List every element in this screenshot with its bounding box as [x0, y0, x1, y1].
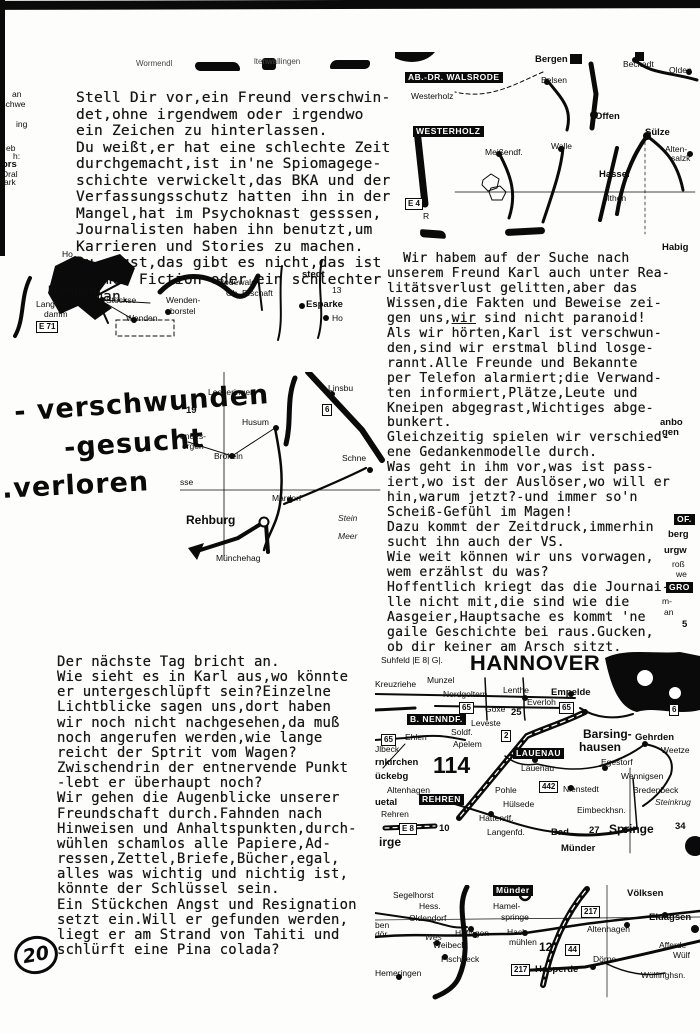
map-label: Afferde — [659, 941, 686, 950]
map-label: 34 — [675, 822, 686, 832]
map-label: roß — [672, 560, 685, 569]
map-label: Belsen — [541, 76, 567, 85]
map-label: Segelhorst — [393, 891, 434, 900]
text-line: gen uns,wir sind nicht paranoid! — [387, 312, 670, 327]
text-line: ein Zeichen zu hinterlassen. — [76, 123, 391, 140]
map-label: 27 — [589, 826, 600, 836]
map-label: Langenfd. — [487, 828, 525, 837]
map-label: sse — [180, 478, 193, 487]
map-label: Hattendf. — [479, 814, 514, 823]
text-line: Aasgeier,Hauptsache es kommt 'ne — [387, 611, 670, 626]
text-line: Wir gehen die Augenblicke unserer — [57, 791, 357, 806]
text-line: Als wir hörten,Karl ist verschwun- — [387, 327, 670, 342]
text-line: det,ohne irgendwem oder irgendwo — [76, 107, 391, 124]
map-label: Ehlen — [405, 733, 427, 742]
map-nienburg-strip: NienburgLangen-dammE 71StöckseWendenWend… — [0, 248, 392, 348]
map-label: Bergen — [535, 55, 568, 65]
text-line: sucht ihn auch der VS. — [387, 536, 670, 551]
text-line: reicht der Sptrit vom Wagen? — [57, 746, 357, 761]
map-label: Walle — [551, 142, 572, 151]
map-label: Ob. B.schaft — [226, 289, 273, 298]
map-label: h: — [13, 152, 20, 161]
scanned-zine-page: Stell Dir vor,ein Freund verschwin-det,o… — [0, 0, 700, 1033]
map-label: Hess. — [419, 902, 441, 911]
map-label: 19 — [186, 406, 197, 416]
map-fragment-blob — [330, 60, 370, 69]
text-line: hin,warum jetzt?-und immer so'n — [387, 491, 670, 506]
map-label: Meer — [338, 532, 357, 541]
map-label: Nienstedt — [563, 785, 599, 794]
map-label: Wenden — [126, 314, 158, 323]
text-line: iert,wo ist der Auslöser,wo will er — [387, 476, 670, 491]
map-hannover-region: Suhfeld |E 8| G|.HANNOVERKreuzrieheMunze… — [375, 648, 700, 860]
map-label: stedt — [302, 270, 325, 280]
map-rehburg: Leeseringen19Linsbu6Husumandes-ergenBrok… — [180, 372, 392, 566]
map-label: Egestorf — [601, 758, 633, 767]
typewriter-block-next-day: Der nächste Tag bricht an.Wie sieht es i… — [57, 655, 357, 958]
map-label: uetal — [375, 798, 397, 808]
text-line: schlürft eine Pina colada? — [57, 943, 357, 958]
map-label: Husum — [242, 418, 269, 427]
map-label: Schne — [342, 454, 366, 463]
map-label: Rodewald- — [218, 278, 259, 287]
map-label: Barsing- — [583, 728, 632, 740]
map-label: an — [12, 90, 21, 99]
text-line: Kneipen abgegrast,Wichtiges abge- — [387, 402, 670, 417]
text-line: ten informiert,Plätze,Leute und — [387, 387, 670, 402]
text-line: rannt.Alle Freunde und Bekannte — [387, 357, 670, 372]
map-label: Olden — [669, 66, 692, 75]
typewriter-block-search: Wir habem auf der Suche nachunserem Freu… — [387, 252, 670, 656]
map-label: Mardorf — [272, 494, 301, 503]
map-label: Münder — [561, 844, 595, 854]
map-label: irge — [379, 836, 401, 848]
map-label: Nienburg — [48, 284, 101, 296]
text-line: gaile Geschichte bei raus.Gucken, — [387, 626, 670, 641]
map-label: Suhfeld |E 8| G|. — [381, 656, 443, 665]
map-label: LAUENAU — [513, 748, 564, 759]
map-label: Steinkrug — [655, 798, 691, 807]
map-label: GRO — [666, 582, 693, 593]
text-line: Was geht in ihm vor,was ist pass- — [387, 461, 670, 476]
text-line: litätsverlust gelitten,aber das — [387, 282, 670, 297]
map-label: Leveste — [471, 719, 501, 728]
map-label: Rehburg — [186, 514, 235, 526]
map-label: Wennigsen — [621, 772, 663, 781]
text-line: schichte verwickelt,das BKA und der — [76, 173, 391, 190]
map-fragment-blob — [262, 58, 276, 70]
map-label: Münchehag — [216, 554, 260, 563]
map-label: 5 — [682, 620, 687, 630]
map-label: damm — [44, 310, 68, 319]
map-label: ergen — [182, 442, 204, 451]
map-label: AB.-DR. WALSRODE — [405, 72, 503, 83]
map-label: Leeseringen — [208, 388, 255, 397]
text-line: liegt er am Strand von Tahiti und — [57, 928, 357, 943]
text-line: Der nächste Tag bricht an. — [57, 655, 357, 670]
map-label: Wes — [425, 933, 442, 942]
text-line: Journalisten haben ihn benutzt,um — [76, 222, 391, 239]
page-number-badge: 20 — [11, 932, 61, 977]
map-walsrode-bergen: AB.-DR. WALSRODEWesterholzBergenBelsenOf… — [395, 52, 700, 244]
map-label: Münder — [493, 885, 533, 896]
text-line: Hoffentlich kriegt das die Journai- — [387, 581, 670, 596]
map-label: 65 — [459, 702, 474, 714]
map-label: Gehrden — [635, 733, 674, 743]
map-label: B. NENNDF. — [407, 714, 466, 725]
map-label: R — [423, 212, 429, 221]
map-label: hausen — [579, 741, 621, 753]
map-label: Rehren — [381, 810, 409, 819]
map-label: Weibeck — [433, 941, 465, 950]
map-label: 2 — [501, 730, 511, 742]
map-label: Stein — [338, 514, 357, 523]
map-label: Pohle — [495, 786, 517, 795]
map-label: Kreuzriehe — [375, 680, 416, 689]
map-roads — [180, 372, 392, 566]
map-label: OF. — [674, 514, 695, 525]
map-label: Dörpe — [593, 955, 616, 964]
map-label: Ho — [332, 314, 343, 323]
map-label: Esparke — [306, 300, 343, 310]
map-label: Wülf — [673, 951, 690, 960]
map-label: 44 — [565, 944, 580, 956]
text-line: Scheiß-Gefühl im Magen! — [387, 506, 670, 521]
text-line: ene Gedankenmodelle durch. — [387, 446, 670, 461]
map-label: 6 — [669, 704, 679, 716]
map-label: Wenden- — [166, 296, 200, 305]
map-label: 217 — [511, 964, 530, 976]
map-label: 114 — [433, 754, 470, 777]
map-label: E 4 — [405, 198, 423, 210]
map-label: Völksen — [627, 889, 663, 899]
text-line: Du weißt,er hat eine schlechte Zeit — [76, 140, 391, 157]
map-label: Fischbeck — [441, 955, 479, 964]
text-line: Dazu kommt der Zeitdruck,immerhin — [387, 521, 670, 536]
map-label: Wülfinghsn. — [641, 971, 685, 980]
text-line: bunkert. — [387, 416, 670, 431]
map-label: Eimbeckhsn. — [577, 806, 626, 815]
map-label: berg — [668, 530, 689, 540]
map-label: Bredenbeck — [633, 786, 678, 795]
map-label: Brokeln — [214, 452, 243, 461]
text-line: durchgemacht,ist in'ne Spiomagege- — [76, 156, 391, 173]
map-label: Jlbeck — [375, 745, 399, 754]
map-label: HANNOVER — [470, 653, 600, 674]
map-label: Höfingen — [455, 929, 489, 938]
map-label: mühlen — [509, 938, 537, 947]
text-line: Mangel,hat im Psychoknast gesssen, — [76, 206, 391, 223]
text-line: wem erzählst du was? — [387, 566, 670, 581]
map-label: Meißendf. — [485, 148, 523, 157]
map-label: Bad — [551, 828, 569, 838]
map-label: Everloh — [527, 698, 556, 707]
map-label: olthen — [603, 194, 626, 203]
map-label: Soldf. — [451, 728, 473, 737]
map-label: Weetze — [661, 746, 690, 755]
map-label: Springe — [609, 823, 654, 835]
text-line: Wie sieht es in Karl aus,wo könnte — [57, 670, 357, 685]
map-label: eb — [6, 144, 15, 153]
map-label: REHREN — [419, 794, 464, 805]
text-line: Freundschaft durch.Fahnden nach — [57, 807, 357, 822]
map-label: Apelem — [453, 740, 482, 749]
map-label: 10 — [439, 824, 450, 834]
map-label: springe — [501, 913, 529, 922]
map-label: Sülze — [645, 128, 670, 138]
map-label: Hassel — [599, 170, 630, 180]
map-label: Hemeringen — [375, 969, 421, 978]
text-line: Wie weit können wir uns vorwagen, — [387, 551, 670, 566]
text-line: Zwischendrin der entnervende Punkt — [57, 761, 357, 776]
handwritten-note-verloren: .verloren — [1, 466, 150, 505]
map-label: 217 — [581, 906, 600, 918]
text-line: noch angerufen werden,wie lange — [57, 731, 357, 746]
map-label: borstel — [170, 307, 196, 316]
map-label: E 71 — [36, 321, 58, 333]
map-label: 12 — [539, 941, 552, 953]
map-label: Nordgoltern — [443, 690, 487, 699]
map-label: Stöckse — [106, 296, 136, 305]
map-label: Oldendorf — [409, 914, 446, 923]
text-line: Wissen,die Fakten und Beweise zei- — [387, 297, 670, 312]
map-label: 6 — [322, 404, 332, 416]
map-label: ing — [16, 120, 27, 129]
text-line: per Telefon alarmiert;die Verwand- — [387, 372, 670, 387]
map-label: Lenthe — [503, 686, 529, 695]
map-fragment-blob — [195, 62, 240, 71]
text-line: wir noch nicht nachgesehen,da muß — [57, 716, 357, 731]
map-label: 65 — [559, 702, 574, 714]
map-label: Empelde — [551, 688, 591, 698]
map-label: Hasperde — [535, 965, 578, 975]
text-line: Hinweisen und Anhaltspunkten,durch- — [57, 822, 357, 837]
map-label: E 8 — [399, 823, 417, 835]
text-line: Stell Dir vor,ein Freund verschwin- — [76, 90, 391, 107]
map-label: Hülsede — [503, 800, 534, 809]
text-line: alles was wichtig und nichtig ist, — [57, 867, 357, 882]
map-label: ückebg — [375, 772, 408, 782]
text-line: wühlen schamlos alle Papiere,Ad- — [57, 837, 357, 852]
text-line: ressen,Zettel,Briefe,Bücher,egal, — [57, 852, 357, 867]
map-label: ltenwallingen — [254, 58, 300, 66]
map-label: andes- — [180, 432, 206, 441]
text-line: den,sind wir erstmal blind losge- — [387, 342, 670, 357]
text-line: könnte der Schlüssel sein. — [57, 882, 357, 897]
map-label: ark — [4, 178, 16, 187]
text-line: unserem Freund Karl auch unter Rea- — [387, 267, 670, 282]
map-label: Eldagsen — [649, 913, 691, 923]
text-line: Ein Stückchen Angst und Resignation — [57, 898, 357, 913]
map-label: Beckedt — [623, 60, 654, 69]
text-line: setzt ein.Will er gefunden werden, — [57, 913, 357, 928]
text-line: Wir habem auf der Suche nach — [387, 252, 670, 267]
map-label: 442 — [539, 781, 558, 793]
top-edge-bar — [0, 0, 700, 10]
left-edge-bar — [0, 0, 5, 256]
map-label: Hach- — [507, 928, 530, 937]
map-label: 13 — [332, 286, 341, 295]
map-label: Hamel- — [493, 902, 520, 911]
text-line: -lebt er überhaupt noch? — [57, 776, 357, 791]
map-label: Langen- — [36, 300, 67, 309]
map-label: WESTERHOLZ — [413, 126, 484, 137]
map-label: Munzel — [427, 676, 454, 685]
text-line: Gleichzeitig spielen wir verschied- — [387, 431, 670, 446]
map-label: 25 — [511, 708, 522, 718]
text-line: er untergeschlüpft sein?Einzelne — [57, 685, 357, 700]
map-label: dör — [375, 930, 387, 939]
text-line: Lichtblicke sagen uns,dort haben — [57, 700, 357, 715]
map-label: Westerholz — [411, 92, 453, 101]
map-label: salzk — [671, 154, 690, 163]
map-label: Göxe — [485, 705, 505, 714]
map-label: Offen — [595, 112, 620, 122]
map-label: rnkirchen — [375, 758, 418, 768]
map-label: Linsbu — [328, 384, 353, 393]
text-line: lle nicht mit,die sind wie die — [387, 596, 670, 611]
map-label: Lauenau — [521, 764, 554, 773]
map-label: Altenhagen — [587, 925, 630, 934]
map-label: we — [676, 570, 687, 579]
text-line: Verfassungsschutz hatten ihn in der — [76, 189, 391, 206]
map-label: Wormendl — [136, 60, 172, 68]
map-hameln-strip: SegelhorstHess.OldendorfMünderHamel-spri… — [375, 885, 700, 1015]
